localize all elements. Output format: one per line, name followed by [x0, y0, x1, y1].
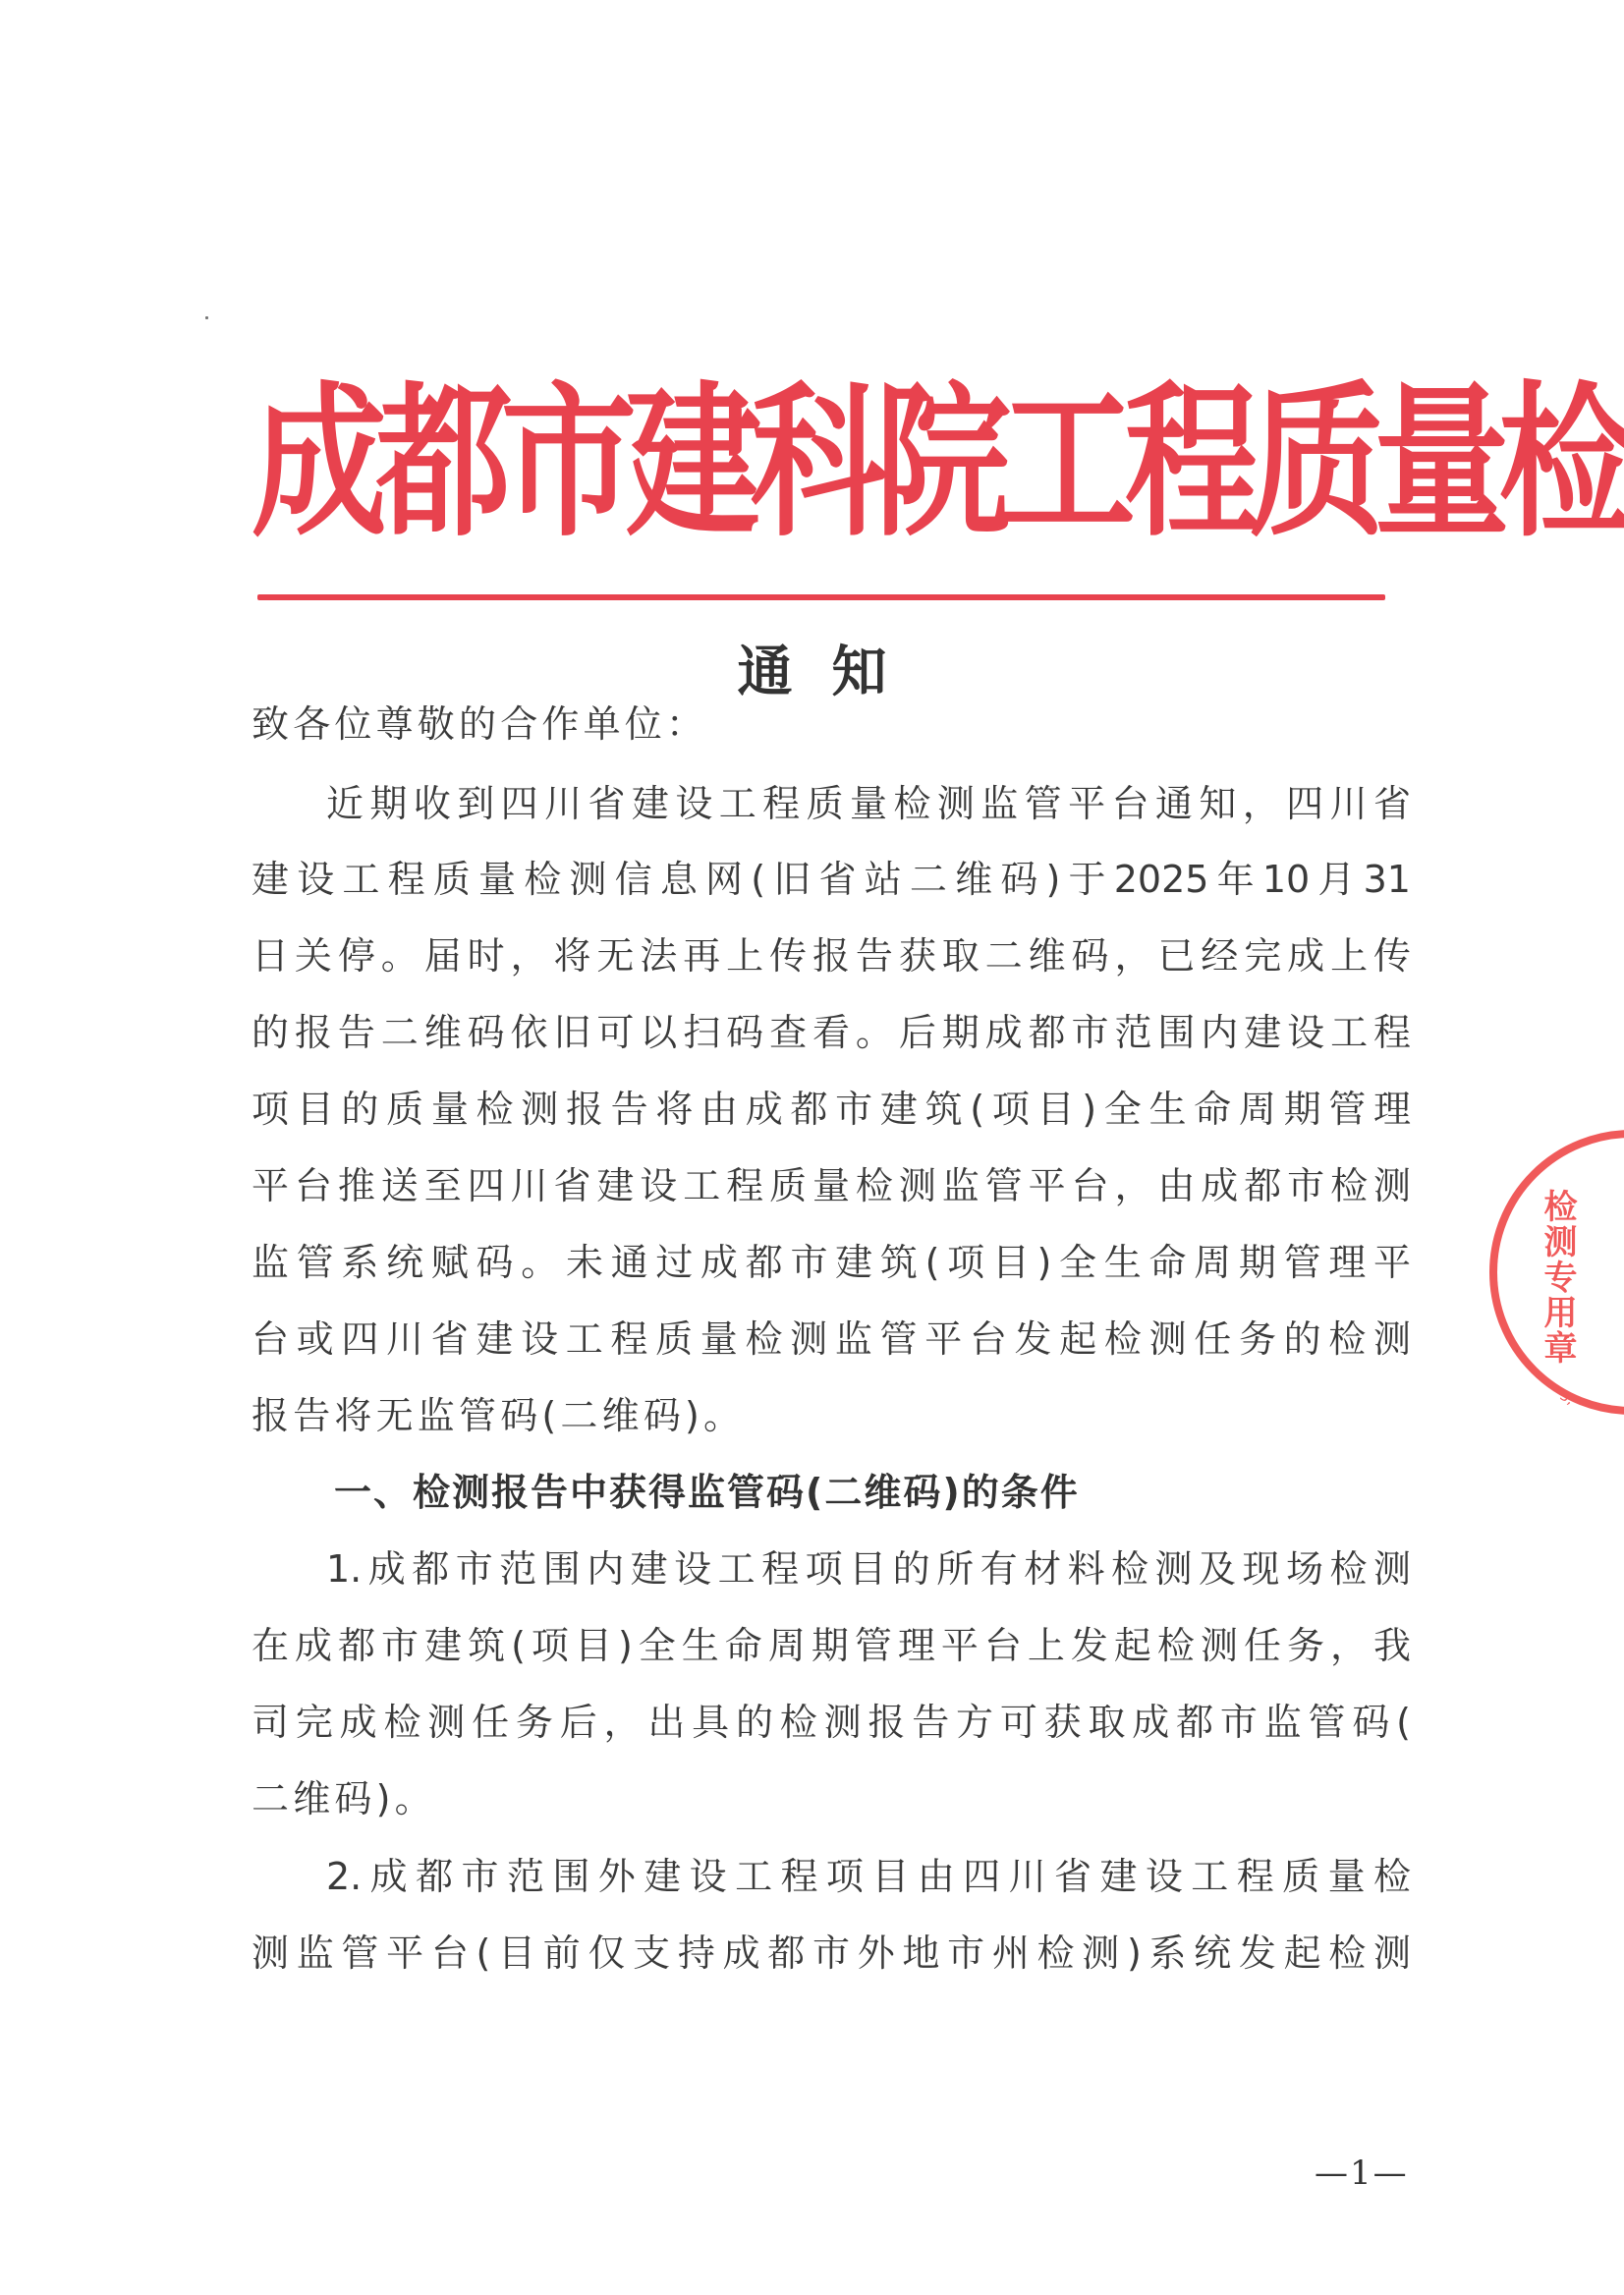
body-line-2: 建设工程质量检测信息网(旧省站二维码)于2025年10月31: [252, 855, 1411, 904]
item-1-line-1: 1.成都市范围内建设工程项目的所有材料检测及现场检测: [326, 1544, 1411, 1594]
body-line-6: 平台推送至四川省建设工程质量检测监管平台，由成都市检测: [252, 1161, 1411, 1210]
item-1-line-4: 二维码)。: [252, 1774, 1411, 1823]
letterhead-red-rule: [257, 594, 1385, 600]
body-line-3: 日关停。届时，将无法再上传报告获取二维码，已经完成上传: [252, 931, 1411, 980]
body-line-1: 近期收到四川省建设工程质量检测监管平台通知，四川省: [326, 779, 1411, 828]
item-1-line-3: 司完成检测任务后，出具的检测报告方可获取成都市监管码(: [252, 1698, 1411, 1747]
body-line-9: 报告将无监管码(二维码)。: [252, 1391, 1411, 1440]
scan-speck: [205, 316, 208, 319]
letterhead-company-name: 成都市建科院工程质量检测公司: [252, 354, 1300, 574]
item-2-line-2: 测监管平台(目前仅支持成都市外地市州检测)系统发起检测: [252, 1929, 1411, 1978]
document-title: 通知: [0, 629, 1624, 707]
document-page: 成都市建科院工程质量检测公司 通知 致各位尊敬的合作单位： 近期收到四川省建设工…: [0, 0, 1624, 2295]
item-1-line-2: 在成都市建筑(项目)全生命周期管理平台上发起检测任务，我: [252, 1621, 1411, 1670]
page-number: —1—: [1315, 2154, 1409, 2193]
section-1-heading: 一、检测报告中获得监管码(二维码)的条件: [334, 1468, 1493, 1517]
body-line-7: 监管系统赋码。未通过成都市建筑(项目)全生命周期管理平: [252, 1238, 1411, 1287]
official-seal: 检测专用章 5,: [1482, 1130, 1624, 1415]
body-line-5: 项目的质量检测报告将由成都市建筑(项目)全生命周期管理: [252, 1085, 1411, 1134]
seal-text: 检测专用章: [1540, 1189, 1574, 1366]
salutation: 致各位尊敬的合作单位：: [252, 700, 1411, 749]
item-2-line-1: 2.成都市范围外建设工程项目由四川省建设工程质量检: [326, 1852, 1411, 1901]
body-line-4: 的报告二维码依旧可以扫码查看。后期成都市范围内建设工程: [252, 1008, 1411, 1057]
body-line-8: 台或四川省建设工程质量检测监管平台发起检测任务的检测: [252, 1315, 1411, 1364]
